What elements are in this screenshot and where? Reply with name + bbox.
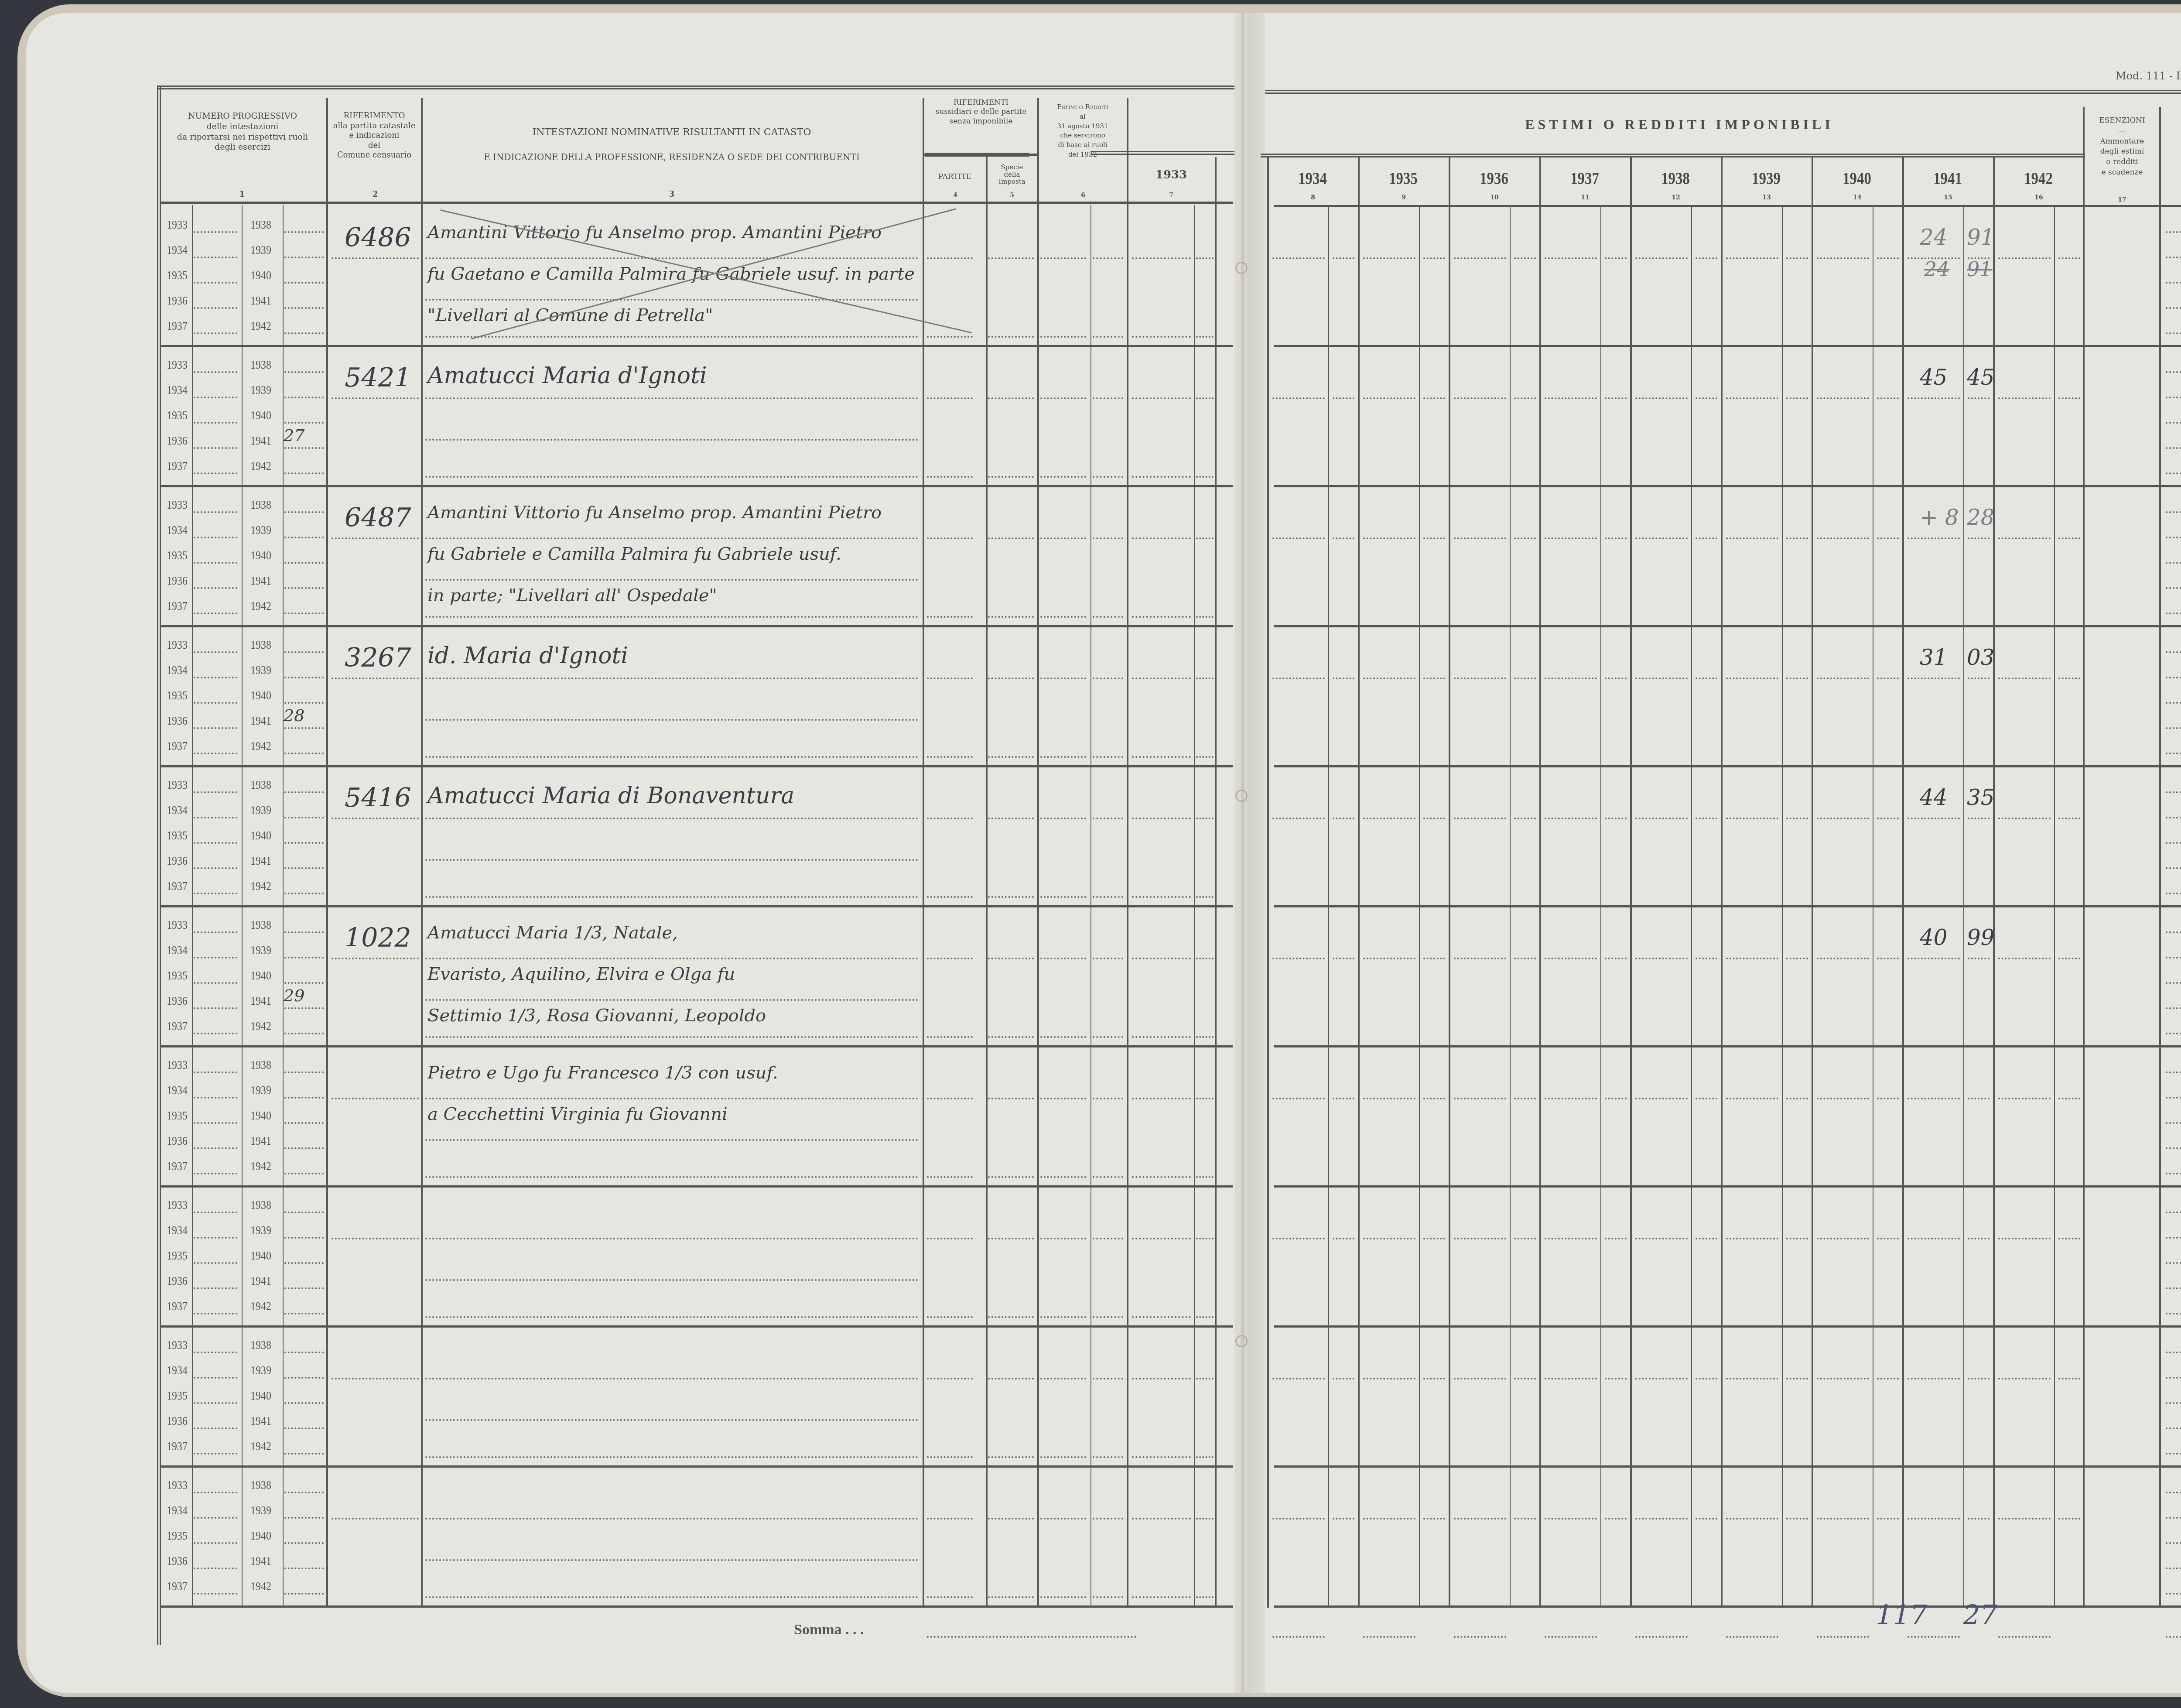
dotted-rule bbox=[1196, 958, 1214, 959]
year-label-right: 1940 bbox=[250, 969, 271, 983]
dotted-rule bbox=[194, 1568, 237, 1569]
col4-5-header: RIFERIMENTI sussidiari e delle partite s… bbox=[924, 98, 1038, 126]
year-col-number: 11 bbox=[1579, 194, 1592, 201]
row-rule bbox=[160, 485, 1233, 487]
dotted-rule bbox=[1132, 476, 1191, 478]
dotted-rule bbox=[1132, 257, 1191, 259]
somma-dotted bbox=[1363, 1636, 1415, 1638]
esenzioni-dash: — bbox=[2085, 126, 2159, 137]
esenzioni-line: degli estimi bbox=[2085, 147, 2159, 157]
dotted-rule bbox=[1908, 1518, 1960, 1520]
partita-number: 6487 bbox=[345, 503, 411, 533]
dotted-rule bbox=[1132, 756, 1191, 758]
dotted-rule bbox=[1786, 397, 1808, 399]
dotted-rule bbox=[194, 371, 237, 373]
dotted-rule bbox=[1333, 257, 1354, 259]
dotted-rule bbox=[1040, 756, 1086, 758]
dotted-rule bbox=[284, 1173, 324, 1174]
dotted-rule bbox=[2166, 537, 2181, 538]
dotted-rule bbox=[1132, 1518, 1191, 1520]
dotted-rule bbox=[1605, 1238, 1627, 1239]
somma-dotted bbox=[2166, 1636, 2181, 1638]
dotted-rule bbox=[1093, 1596, 1123, 1598]
dotted-rule bbox=[284, 702, 324, 704]
dotted-rule bbox=[1454, 958, 1506, 959]
dotted-rule bbox=[1696, 958, 1717, 959]
dotted-rule bbox=[194, 931, 237, 933]
dotted-rule bbox=[194, 397, 237, 398]
dotted-rule bbox=[1363, 1098, 1415, 1099]
dotted-rule bbox=[1514, 678, 1536, 679]
dotted-rule bbox=[1635, 678, 1688, 679]
dotted-rule bbox=[988, 896, 1034, 898]
intestazione-line: fu Gaetano e Camilla Palmira fu Gabriele… bbox=[427, 264, 915, 284]
intestazione-line: in parte; "Livellari all' Ospedale" bbox=[427, 585, 717, 606]
dotted-rule bbox=[2166, 1517, 2181, 1519]
dotted-rule bbox=[194, 1542, 237, 1544]
value-1941-lire: 45 bbox=[1920, 365, 1948, 390]
dotted-rule bbox=[1132, 616, 1191, 618]
annotazioni-title: ANNOTAZIONI bbox=[2164, 142, 2181, 154]
row-rule bbox=[1274, 345, 2181, 347]
dotted-rule bbox=[1196, 1456, 1214, 1458]
year-label-right: 1941 bbox=[250, 434, 271, 448]
col2-number: 2 bbox=[369, 190, 382, 199]
value-1941-cent: 91 bbox=[1967, 225, 1995, 250]
dotted-rule bbox=[1696, 257, 1717, 259]
dotted-rule bbox=[1786, 1238, 1808, 1239]
dotted-rule bbox=[1040, 678, 1086, 679]
dotted-rule bbox=[1696, 678, 1717, 679]
dotted-rule bbox=[1040, 1316, 1086, 1318]
dotted-rule bbox=[927, 476, 973, 478]
year-label-right: 1941 bbox=[250, 294, 271, 308]
dotted-rule bbox=[194, 257, 237, 258]
year-label-right: 1940 bbox=[250, 409, 271, 423]
year-label-right: 1938 bbox=[250, 218, 271, 232]
year-label-left: 1937 bbox=[167, 739, 188, 753]
dotted-rule bbox=[1454, 678, 1506, 679]
intestazione-line: Amatucci Maria d'Ignoti bbox=[427, 363, 707, 389]
year-header: 1934 bbox=[1275, 168, 1350, 188]
year-label-left: 1936 bbox=[167, 1274, 188, 1288]
intestazione-line: Settimio 1/3, Rosa Giovanni, Leopoldo bbox=[427, 1006, 766, 1026]
dotted-rule bbox=[332, 397, 419, 399]
year-label-left: 1936 bbox=[167, 1554, 188, 1568]
year-label-left: 1933 bbox=[167, 1058, 188, 1072]
dotted-rule bbox=[1333, 1518, 1354, 1520]
year-label-left: 1934 bbox=[167, 804, 188, 818]
dotted-rule bbox=[1968, 1238, 1990, 1239]
dotted-rule bbox=[1093, 896, 1123, 898]
intestazione-line: Amantini Vittorio fu Anselmo prop. Amant… bbox=[427, 222, 882, 243]
dotted-rule bbox=[284, 1377, 324, 1379]
dotted-rule bbox=[1786, 678, 1808, 679]
dotted-rule bbox=[2166, 1237, 2181, 1239]
dotted-rule bbox=[1545, 818, 1597, 819]
dotted-rule bbox=[1908, 818, 1960, 819]
dotted-rule bbox=[425, 336, 918, 338]
somma-1941-lire: 117 bbox=[1876, 1599, 1927, 1631]
dotted-rule bbox=[1726, 257, 1778, 259]
dotted-rule bbox=[1196, 678, 1214, 679]
year-label-left: 1934 bbox=[167, 944, 188, 958]
dotted-rule bbox=[1817, 1518, 1869, 1520]
dotted-rule bbox=[1786, 537, 1808, 539]
dotted-rule bbox=[2058, 678, 2080, 679]
dotted-rule bbox=[284, 842, 324, 844]
dotted-rule bbox=[1272, 1098, 1325, 1099]
dotted-rule bbox=[284, 893, 324, 894]
dotted-rule bbox=[1272, 1518, 1325, 1520]
dotted-rule bbox=[1908, 678, 1960, 679]
dotted-rule bbox=[284, 307, 324, 309]
dotted-rule bbox=[988, 1456, 1034, 1458]
dotted-rule bbox=[1040, 1176, 1086, 1178]
row-rule bbox=[160, 625, 1233, 627]
dotted-rule bbox=[1817, 1238, 1869, 1239]
year-label-right: 1941 bbox=[250, 1274, 271, 1288]
dotted-rule bbox=[284, 957, 324, 958]
dotted-rule bbox=[1040, 1098, 1086, 1099]
dotted-rule bbox=[927, 1596, 973, 1598]
dotted-rule bbox=[1093, 1378, 1123, 1379]
dotted-rule bbox=[1040, 1596, 1086, 1598]
thread-knot bbox=[1235, 1335, 1248, 1347]
dotted-rule bbox=[1968, 818, 1990, 819]
dotted-rule bbox=[284, 422, 324, 424]
col6-line: 31 agosto 1931 bbox=[1039, 122, 1126, 131]
dotted-rule bbox=[927, 1456, 973, 1458]
col5-header: Specie della Imposta bbox=[987, 164, 1037, 185]
dotted-rule bbox=[2166, 1262, 2181, 1264]
dotted-rule bbox=[284, 1542, 324, 1544]
dotted-rule bbox=[194, 1427, 237, 1429]
col7-year: 1933 bbox=[1130, 168, 1213, 182]
year-label-right: 1940 bbox=[250, 689, 271, 703]
dotted-rule bbox=[1196, 1176, 1214, 1178]
dotted-rule bbox=[1817, 818, 1869, 819]
dotted-rule bbox=[284, 1593, 324, 1595]
dotted-rule bbox=[1877, 397, 1899, 399]
dotted-rule bbox=[1696, 1518, 1717, 1520]
dotted-rule bbox=[1545, 1518, 1597, 1520]
year-label-left: 1935 bbox=[167, 549, 188, 563]
somma-dotted bbox=[1272, 1636, 1325, 1638]
dotted-rule bbox=[425, 756, 918, 758]
year-label-left: 1936 bbox=[167, 714, 188, 728]
dotted-rule bbox=[425, 476, 918, 478]
dotted-rule bbox=[2166, 1492, 2181, 1493]
dotted-rule bbox=[194, 1147, 237, 1149]
dotted-rule bbox=[1272, 537, 1325, 539]
dotted-rule bbox=[1093, 1518, 1123, 1520]
year-label-left: 1933 bbox=[167, 218, 188, 232]
dotted-rule bbox=[1363, 1238, 1415, 1239]
dotted-rule bbox=[284, 727, 324, 729]
dotted-rule bbox=[988, 958, 1034, 959]
dotted-rule bbox=[1132, 896, 1191, 898]
dotted-rule bbox=[284, 587, 324, 589]
dotted-rule bbox=[284, 1453, 324, 1455]
dotted-rule bbox=[1132, 1378, 1191, 1379]
dotted-rule bbox=[194, 1262, 237, 1264]
dotted-rule bbox=[1363, 1378, 1415, 1379]
dotted-rule bbox=[2166, 1568, 2181, 1569]
dotted-rule bbox=[1454, 1518, 1506, 1520]
dotted-rule bbox=[332, 1378, 419, 1379]
col3-subtitle: E INDICAZIONE DELLA PROFESSIONE, RESIDEN… bbox=[423, 152, 920, 163]
dotted-rule bbox=[1726, 537, 1778, 539]
year-label-right: 1941 bbox=[250, 1414, 271, 1428]
col2-line: del bbox=[328, 141, 420, 151]
year-label-right: 1939 bbox=[250, 383, 271, 397]
dotted-rule bbox=[1093, 818, 1123, 819]
dotted-rule bbox=[284, 511, 324, 513]
dotted-rule bbox=[194, 753, 237, 754]
col1-line: da riportarsi nei rispettivi ruoli bbox=[160, 132, 325, 143]
value-1941-lire: 31 bbox=[1920, 645, 1948, 670]
dotted-rule bbox=[425, 1238, 918, 1239]
dotted-rule bbox=[1196, 397, 1214, 399]
dotted-rule bbox=[1605, 397, 1627, 399]
dotted-rule bbox=[2058, 958, 2080, 959]
row-rule bbox=[1274, 765, 2181, 767]
dotted-rule bbox=[2166, 1097, 2181, 1099]
dotted-rule bbox=[1877, 818, 1899, 819]
somma-dotted bbox=[1635, 1636, 1688, 1638]
dotted-rule bbox=[988, 476, 1034, 478]
dotted-rule bbox=[2166, 422, 2181, 424]
year-col-divider bbox=[1358, 157, 1360, 1608]
year-label-left: 1936 bbox=[167, 994, 188, 1008]
dotted-rule bbox=[284, 1237, 324, 1239]
dotted-rule bbox=[2166, 562, 2181, 564]
dotted-rule bbox=[1454, 397, 1506, 399]
dotted-rule bbox=[988, 1518, 1034, 1520]
dotted-rule bbox=[1635, 958, 1688, 959]
progressivo-number: 27 bbox=[284, 426, 304, 445]
dotted-rule bbox=[927, 896, 973, 898]
dotted-rule bbox=[284, 753, 324, 754]
year-label-left: 1935 bbox=[167, 1249, 188, 1263]
dotted-rule bbox=[1908, 958, 1960, 959]
dotted-rule bbox=[1423, 1518, 1445, 1520]
dotted-rule bbox=[194, 562, 237, 564]
dotted-rule bbox=[2058, 1098, 2080, 1099]
dotted-rule bbox=[2166, 867, 2181, 869]
dotted-rule bbox=[1545, 1098, 1597, 1099]
dotted-rule bbox=[194, 1237, 237, 1239]
year-label-right: 1942 bbox=[250, 1160, 271, 1174]
dotted-rule bbox=[1877, 1098, 1899, 1099]
dotted-rule bbox=[988, 1176, 1034, 1178]
dotted-rule bbox=[1605, 537, 1627, 539]
dotted-rule bbox=[1132, 1596, 1191, 1598]
dotted-rule bbox=[194, 1212, 237, 1213]
dotted-rule bbox=[194, 472, 237, 474]
year-col-divider bbox=[1630, 157, 1632, 1608]
dotted-rule bbox=[194, 1517, 237, 1519]
dotted-rule bbox=[1093, 1098, 1123, 1099]
dotted-rule bbox=[1968, 537, 1990, 539]
table-left-border bbox=[157, 86, 161, 1645]
year-col-divider bbox=[1539, 157, 1541, 1608]
dotted-rule bbox=[425, 999, 918, 1001]
thread-knot bbox=[1235, 790, 1248, 802]
dotted-rule bbox=[927, 756, 973, 758]
year-label-right: 1940 bbox=[250, 269, 271, 283]
dotted-rule bbox=[284, 677, 324, 678]
dotted-rule bbox=[1333, 537, 1354, 539]
dotted-rule bbox=[284, 1033, 324, 1034]
dotted-rule bbox=[284, 1517, 324, 1519]
dotted-rule bbox=[1786, 257, 1808, 259]
col3-title: INTESTAZIONI NOMINATIVE RISULTANTI IN CA… bbox=[423, 127, 920, 139]
dotted-rule bbox=[2166, 1147, 2181, 1149]
dotted-rule bbox=[1093, 397, 1123, 399]
partita-number: 3267 bbox=[345, 643, 411, 673]
dotted-rule bbox=[1040, 616, 1086, 618]
row-rule bbox=[1274, 1045, 2181, 1047]
dotted-rule bbox=[194, 1071, 237, 1073]
dotted-rule bbox=[1454, 257, 1506, 259]
dotted-rule bbox=[2166, 1427, 2181, 1429]
dotted-rule bbox=[1272, 818, 1325, 819]
value-1941-cent: 45 bbox=[1967, 365, 1995, 390]
year-label-right: 1942 bbox=[250, 459, 271, 473]
partita-number: 6486 bbox=[345, 222, 411, 253]
dotted-rule bbox=[425, 616, 918, 618]
dotted-rule bbox=[1272, 1378, 1325, 1379]
dotted-rule bbox=[1040, 958, 1086, 959]
estimi-group-title: ESTIMI O REDDITI IMPONIBILI bbox=[1309, 116, 2050, 133]
dotted-rule bbox=[284, 791, 324, 793]
dotted-rule bbox=[1605, 1378, 1627, 1379]
dotted-rule bbox=[284, 282, 324, 284]
dotted-rule bbox=[988, 818, 1034, 819]
dotted-rule bbox=[2166, 257, 2181, 258]
row-rule bbox=[1274, 1325, 2181, 1328]
year-col-number: 8 bbox=[1306, 194, 1320, 201]
dotted-rule bbox=[332, 678, 419, 679]
year-col-divider bbox=[1812, 157, 1813, 1608]
somma-label: Somma . . . bbox=[794, 1621, 864, 1640]
dotted-rule bbox=[1726, 818, 1778, 819]
year-label-left: 1936 bbox=[167, 1134, 188, 1148]
year-header: 1936 bbox=[1457, 168, 1531, 188]
col3-number: 3 bbox=[665, 190, 678, 199]
dotted-rule bbox=[425, 818, 918, 819]
col-divider bbox=[326, 98, 328, 1608]
year-header: 1935 bbox=[1366, 168, 1441, 188]
dotted-rule bbox=[284, 867, 324, 869]
dotted-rule bbox=[1196, 1238, 1214, 1239]
dotted-rule bbox=[425, 397, 918, 399]
col5-line: Imposta bbox=[987, 178, 1037, 185]
dotted-rule bbox=[284, 982, 324, 984]
col5-line: Specie bbox=[987, 164, 1037, 171]
dotted-rule bbox=[425, 678, 918, 679]
year-label-left: 1935 bbox=[167, 969, 188, 983]
col7-number: 7 bbox=[1165, 192, 1178, 199]
dotted-rule bbox=[425, 958, 918, 959]
dotted-rule bbox=[1454, 1238, 1506, 1239]
col17-number: 17 bbox=[2116, 196, 2129, 203]
dotted-rule bbox=[284, 651, 324, 653]
dotted-rule bbox=[284, 472, 324, 474]
value-1941-lire: + 8 bbox=[1920, 505, 1959, 530]
dotted-rule bbox=[988, 1596, 1034, 1598]
dotted-rule bbox=[1454, 1098, 1506, 1099]
year-label-right: 1938 bbox=[250, 1479, 271, 1492]
year-col-number: 10 bbox=[1488, 194, 1501, 201]
year-label-left: 1937 bbox=[167, 880, 188, 893]
year-label-right: 1939 bbox=[250, 944, 271, 958]
dotted-rule bbox=[194, 1007, 237, 1009]
dotted-rule bbox=[2166, 282, 2181, 284]
dotted-rule bbox=[1093, 1176, 1123, 1178]
dotted-rule bbox=[1786, 1518, 1808, 1520]
dotted-rule bbox=[1272, 958, 1325, 959]
value-1941-lire: 40 bbox=[1920, 925, 1948, 950]
dotted-rule bbox=[1423, 1238, 1445, 1239]
year-label-right: 1942 bbox=[250, 880, 271, 893]
dotted-rule bbox=[1877, 537, 1899, 539]
somma-dotted bbox=[1545, 1636, 1597, 1638]
dotted-rule bbox=[194, 1097, 237, 1099]
dotted-rule bbox=[1040, 476, 1086, 478]
dotted-rule bbox=[1132, 1238, 1191, 1239]
dotted-rule bbox=[1132, 336, 1191, 338]
intestazione-line: fu Gabriele e Camilla Palmira fu Gabriel… bbox=[427, 544, 841, 564]
dotted-rule bbox=[1545, 958, 1597, 959]
col1-number: 1 bbox=[236, 190, 249, 199]
partita-number: 1022 bbox=[345, 923, 411, 953]
dotted-rule bbox=[1817, 537, 1869, 539]
dotted-rule bbox=[1093, 678, 1123, 679]
col-divider bbox=[923, 98, 924, 1608]
dotted-rule bbox=[1514, 1098, 1536, 1099]
dotted-rule bbox=[1968, 1518, 1990, 1520]
header-divider bbox=[1261, 154, 2085, 160]
year-label-left: 1934 bbox=[167, 383, 188, 397]
dotted-rule bbox=[1635, 1518, 1688, 1520]
dotted-rule bbox=[1635, 1238, 1688, 1239]
dotted-rule bbox=[2166, 1352, 2181, 1353]
dotted-rule bbox=[1132, 678, 1191, 679]
dotted-rule bbox=[1093, 958, 1123, 959]
dotted-rule bbox=[988, 336, 1034, 338]
dotted-rule bbox=[1696, 818, 1717, 819]
year-label-left: 1936 bbox=[167, 574, 188, 588]
intestazione-line: "Livellari al Comune di Petrella" bbox=[427, 305, 713, 325]
dotted-rule bbox=[1545, 678, 1597, 679]
row-rule bbox=[160, 1605, 1233, 1608]
col5-number: 5 bbox=[1005, 192, 1019, 199]
dotted-rule bbox=[927, 958, 973, 959]
dotted-rule bbox=[425, 896, 918, 898]
row-rule bbox=[160, 1045, 1233, 1047]
year-label-right: 1941 bbox=[250, 1554, 271, 1568]
dotted-rule bbox=[1514, 257, 1536, 259]
dotted-rule bbox=[927, 1036, 973, 1038]
dotted-rule bbox=[1908, 397, 1960, 399]
year-label-left: 1936 bbox=[167, 294, 188, 308]
somma-dotted bbox=[1454, 1636, 1506, 1638]
dotted-rule bbox=[194, 1593, 237, 1595]
col-divider bbox=[1215, 157, 1217, 1608]
